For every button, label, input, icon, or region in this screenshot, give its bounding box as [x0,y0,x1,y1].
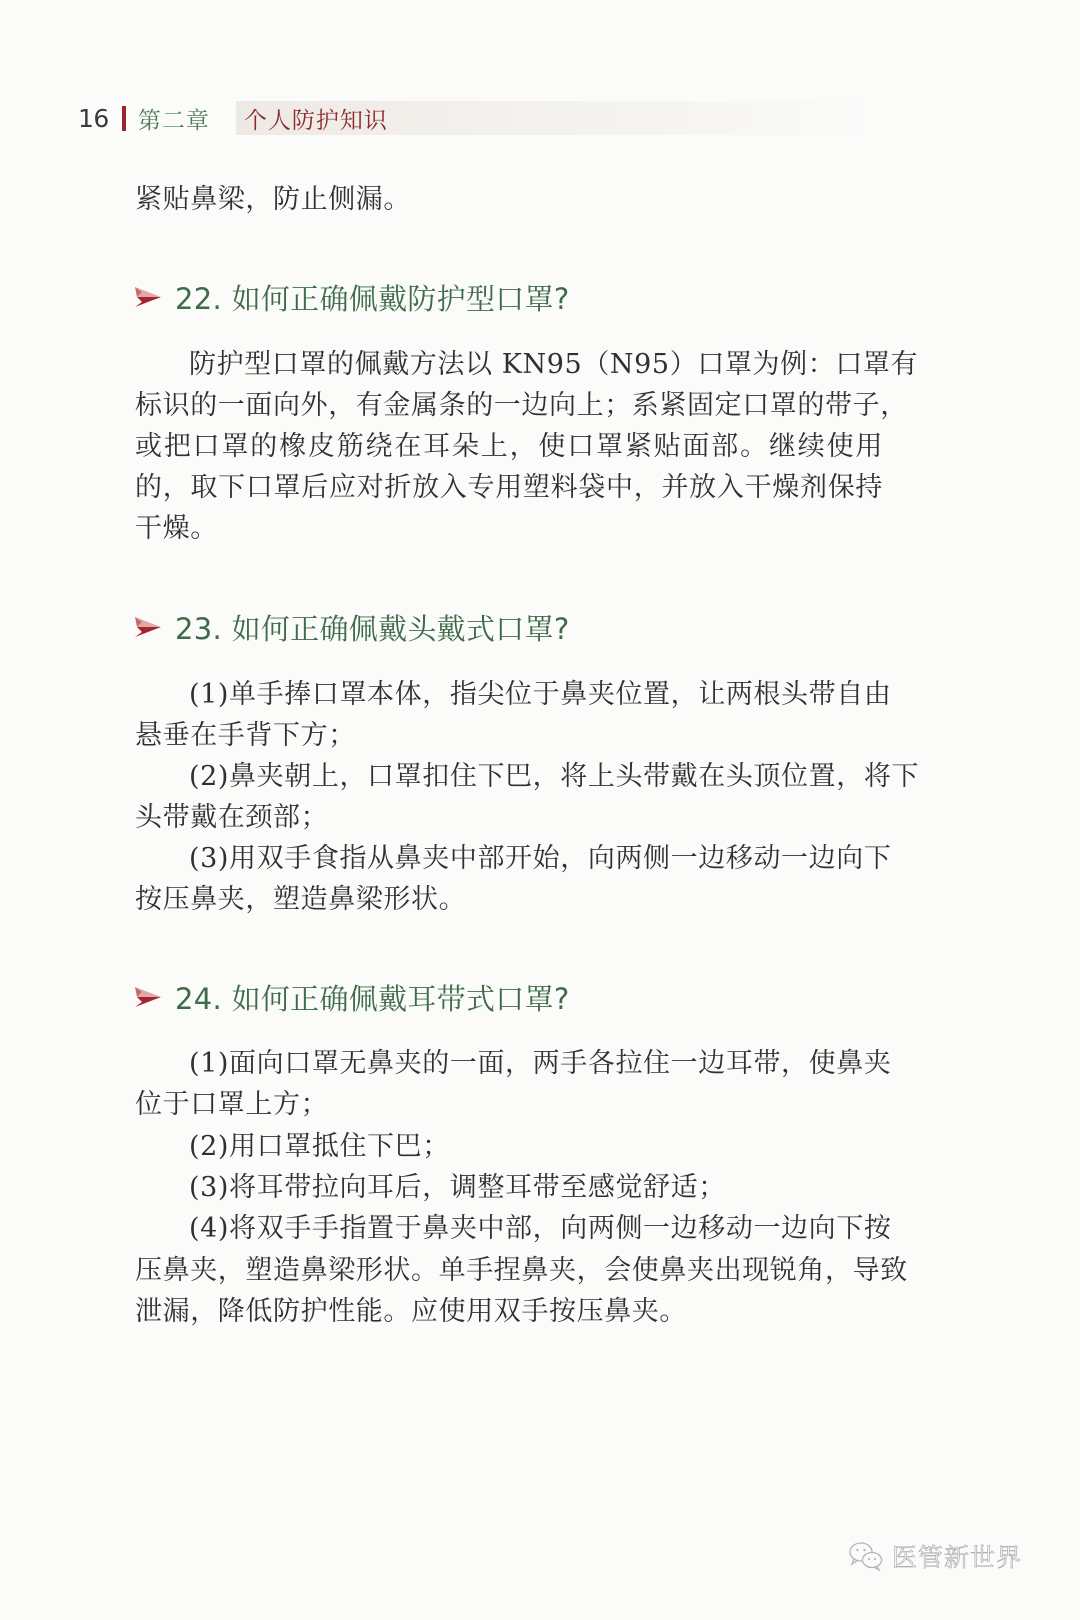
header-divider [122,106,126,131]
body-text-line: 按压鼻夹，塑造鼻梁形状。 [135,882,883,918]
watermark: 医管新世界 [848,1538,1022,1574]
body-text-line: (3)用双手食指从鼻夹中部开始，向两侧一边移动一边向下 [135,841,883,877]
section-title: 22. 如何正确佩戴防护型口罩? [175,277,570,318]
body-text-line: 紧贴鼻梁，防止侧漏。 [135,182,883,218]
arrow-icon [135,986,161,1008]
body-text-line: (2)鼻夹朝上，口罩扣住下巴，将上头带戴在头顶位置，将下 [135,759,883,795]
chapter-title: 个人防护知识 [244,102,388,135]
section-heading-23: 23. 如何正确佩戴头戴式口罩? [135,607,570,647]
body-text-line: (1)单手捧口罩本体，指尖位于鼻夹位置，让两根头带自由 [135,677,883,713]
body-text-line: 标识的一面向外，有金属条的一边向上；系紧固定口罩的带子， [135,388,883,424]
body-text-line: 防护型口罩的佩戴方法以 KN95（N95）口罩为例：口罩有 [135,347,883,383]
body-text-line: 的，取下口罩后应对折放入专用塑料袋中，并放入干燥剂保持 [135,470,883,506]
arrow-icon [135,286,161,308]
section-heading-22: 22. 如何正确佩戴防护型口罩? [135,277,570,317]
arrow-icon [135,616,161,638]
page-number: 16 [78,104,109,133]
watermark-text: 医管新世界 [892,1538,1022,1574]
body-text-line: 泄漏，降低防护性能。应使用双手按压鼻夹。 [135,1294,883,1330]
chapter-title-band: 个人防护知识 [236,101,874,135]
body-text-line: 位于口罩上方； [135,1087,883,1123]
body-text-line: 头带戴在颈部； [135,800,883,836]
section-title: 24. 如何正确佩戴耳带式口罩? [175,977,570,1018]
body-text-line: (3)将耳带拉向耳后，调整耳带至感觉舒适； [135,1170,883,1206]
body-text-line: (4)将双手手指置于鼻夹中部，向两侧一边移动一边向下按 [135,1211,883,1247]
body-text-line: 干燥。 [135,511,883,547]
wechat-icon [848,1540,884,1572]
body-text-line: 或把口罩的橡皮筋绕在耳朵上，使口罩紧贴面部。继续使用 [135,429,883,465]
body-text-line: 悬垂在手背下方； [135,718,883,754]
chapter-label: 第二章 [138,102,210,135]
section-title: 23. 如何正确佩戴头戴式口罩? [175,607,570,648]
body-text-line: 压鼻夹，塑造鼻梁形状。单手捏鼻夹，会使鼻夹出现锐角，导致 [135,1253,883,1289]
body-text-line: (2)用口罩抵住下巴； [135,1129,883,1165]
body-text-line: (1)面向口罩无鼻夹的一面，两手各拉住一边耳带，使鼻夹 [135,1046,883,1082]
section-heading-24: 24. 如何正确佩戴耳带式口罩? [135,977,570,1017]
page-header: 16 第二章 个人防护知识 [78,100,874,136]
